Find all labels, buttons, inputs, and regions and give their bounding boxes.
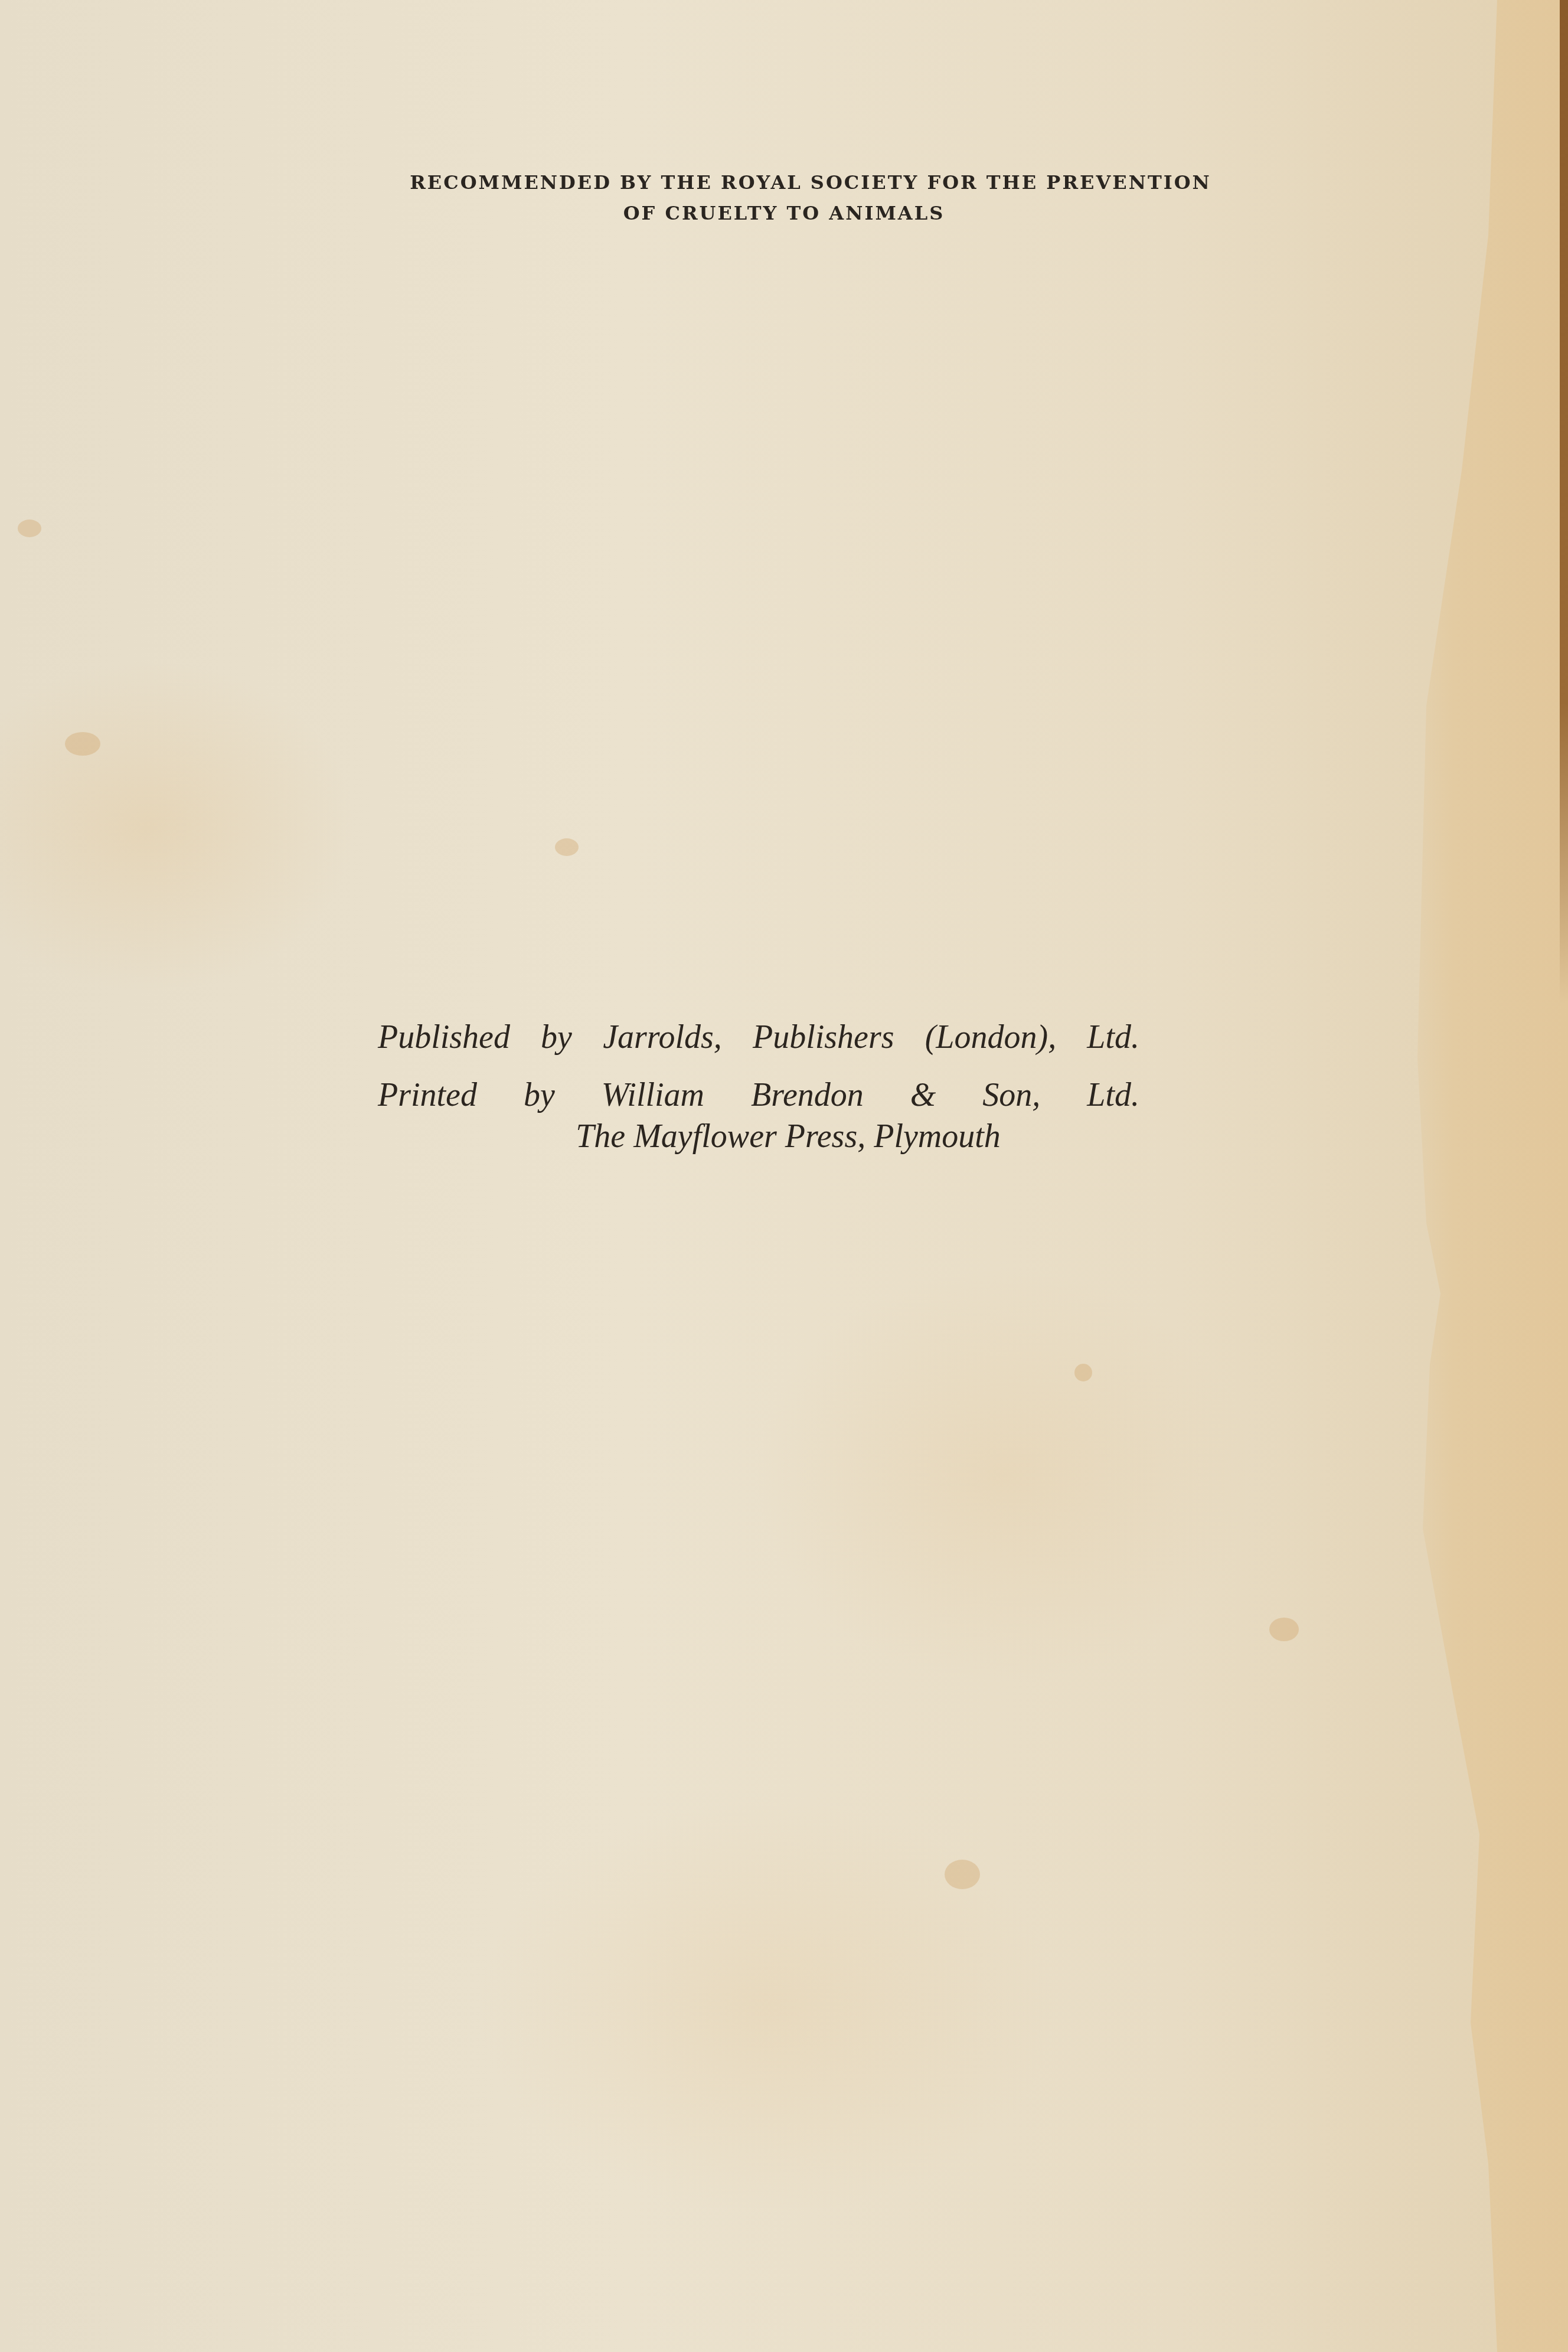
foxing-spot [945,1860,980,1889]
press-location-line: The Mayflower Press, Plymouth [437,1116,1139,1157]
published-by-line: Published by Jarrolds, Publishers (Londo… [378,1017,1139,1058]
book-page: RECOMMENDED BY THE ROYAL SOCIETY FOR THE… [0,0,1568,2352]
printed-by-line: Printed by William Brendon & Son, Ltd. [378,1074,1139,1116]
foxing-spot [18,520,41,537]
foxing-spot [1269,1618,1299,1641]
rspca-recommendation: RECOMMENDED BY THE ROYAL SOCIETY FOR THE… [0,167,1568,228]
recommendation-line-2: OF CRUELTY TO ANIMALS [0,198,1568,228]
foxing-spot [1074,1364,1092,1381]
foxing-spot [555,838,579,856]
book-cover-edge [1560,0,1568,1004]
publisher-imprint: Published by Jarrolds, Publishers (Londo… [378,1017,1139,1157]
foxing-spot [65,732,100,756]
toned-page-margin [1391,0,1568,2352]
recommendation-line-1: RECOMMENDED BY THE ROYAL SOCIETY FOR THE… [0,167,1568,198]
